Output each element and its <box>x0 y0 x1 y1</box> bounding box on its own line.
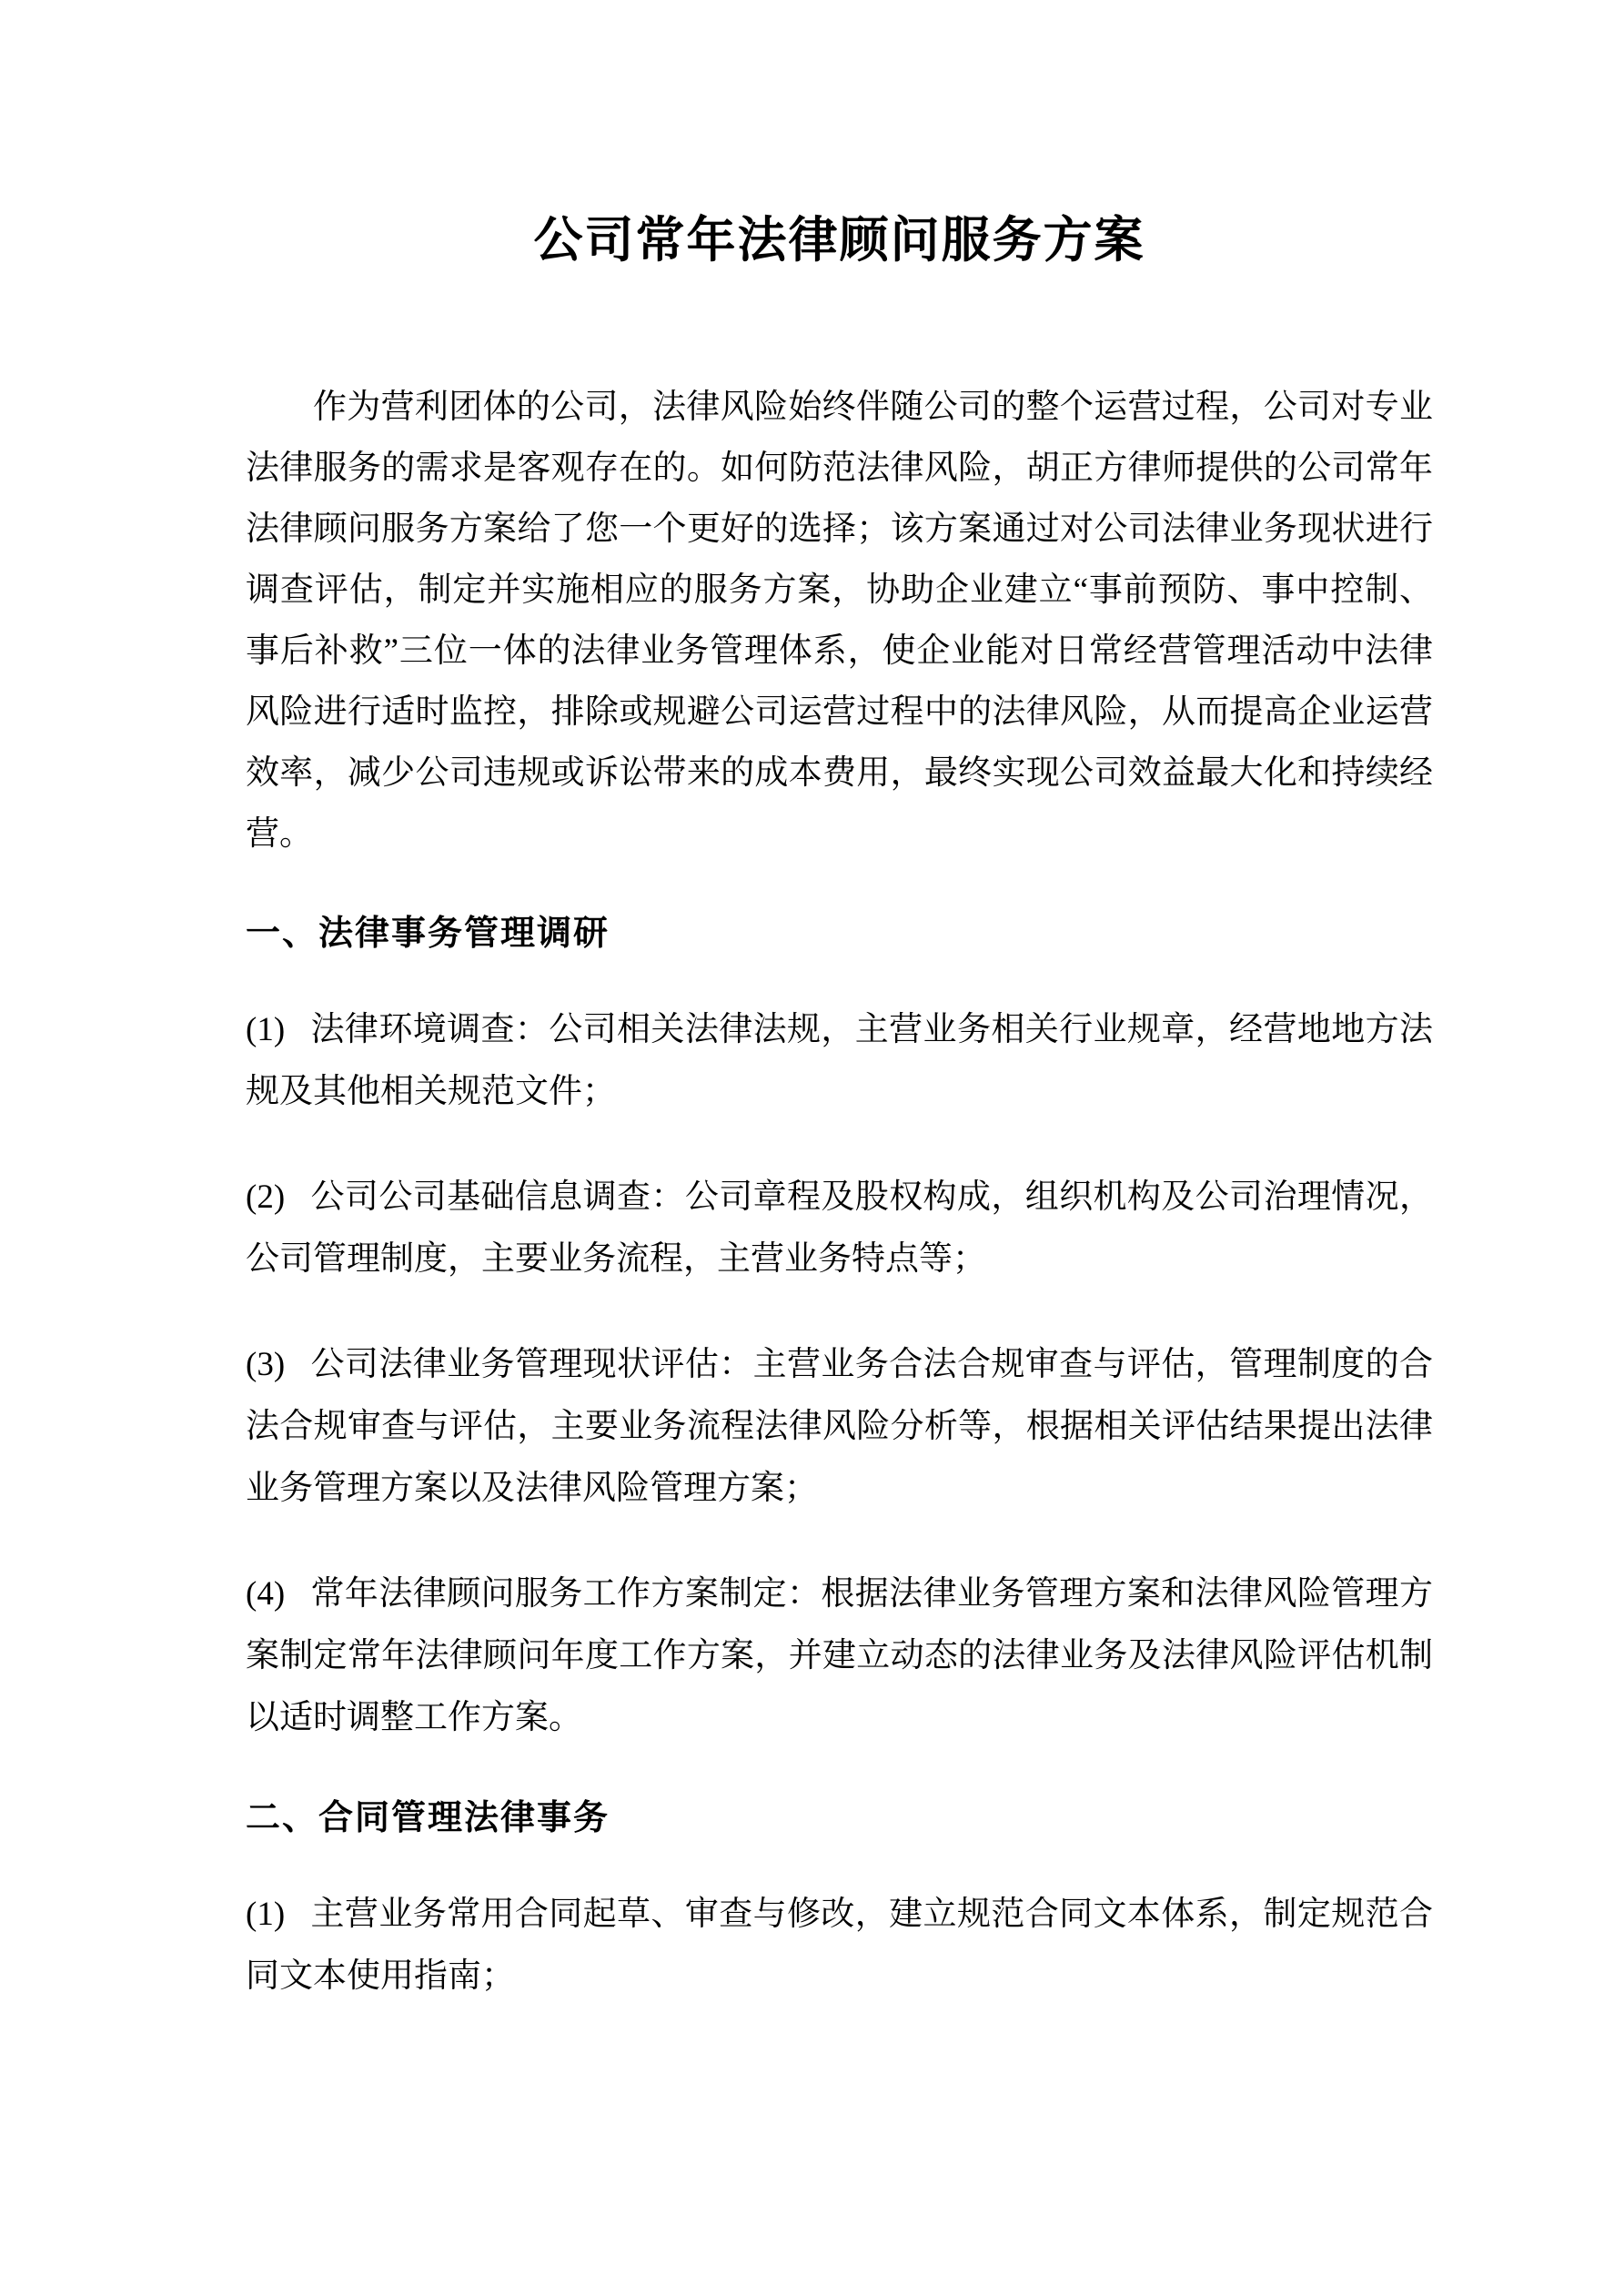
section-1-item-2: (2)公司公司基础信息调查：公司章程及股权构成，组织机构及公司治理情况，公司管理… <box>246 1167 1433 1290</box>
item-text: 公司公司基础信息调查：公司章程及股权构成，组织机构及公司治理情况，公司管理制度，… <box>246 1178 1433 1278</box>
item-number: (3) <box>246 1334 285 1396</box>
section-1-item-1: (1)法律环境调查：公司相关法律法规，主营业务相关行业规章，经营地地方法规及其他… <box>246 999 1433 1123</box>
item-text: 常年法律顾问服务工作方案制定：根据法律业务管理方案和法律风险管理方案制定常年法律… <box>246 1575 1433 1736</box>
section-2-heading: 二、合同管理法律事务 <box>246 1796 1433 1840</box>
item-number: (2) <box>246 1167 285 1229</box>
section-1-heading: 一、法律事务管理调研 <box>246 912 1433 956</box>
section-1-item-4: (4)常年法律顾问服务工作方案制定：根据法律业务管理方案和法律风险管理方案制定常… <box>246 1563 1433 1749</box>
section-1-item-3: (3)公司法律业务管理现状评估：主营业务合法合规审查与评估，管理制度的合法合规审… <box>246 1334 1433 1520</box>
document-page: 公司常年法律顾问服务方案 作为营利团体的公司，法律风险始终伴随公司的整个运营过程… <box>0 0 1624 2296</box>
item-text: 公司法律业务管理现状评估：主营业务合法合规审查与评估，管理制度的合法合规审查与评… <box>246 1346 1433 1507</box>
document-body: 公司常年法律顾问服务方案 作为营利团体的公司，法律风险始终伴随公司的整个运营过程… <box>246 0 1433 2008</box>
item-text: 法律环境调查：公司相关法律法规，主营业务相关行业规章，经营地地方法规及其他相关规… <box>246 1011 1433 1110</box>
document-title: 公司常年法律顾问服务方案 <box>246 206 1433 275</box>
item-number: (4) <box>246 1563 285 1625</box>
section-2-item-1: (1)主营业务常用合同起草、审查与修改，建立规范合同文本体系，制定规范合同文本使… <box>246 1884 1433 2008</box>
item-number: (1) <box>246 1884 285 1946</box>
item-number: (1) <box>246 999 285 1061</box>
item-text: 主营业务常用合同起草、审查与修改，建立规范合同文本体系，制定规范合同文本使用指南… <box>246 1896 1433 1995</box>
intro-paragraph: 作为营利团体的公司，法律风险始终伴随公司的整个运营过程，公司对专业法律服务的需求… <box>246 377 1433 865</box>
